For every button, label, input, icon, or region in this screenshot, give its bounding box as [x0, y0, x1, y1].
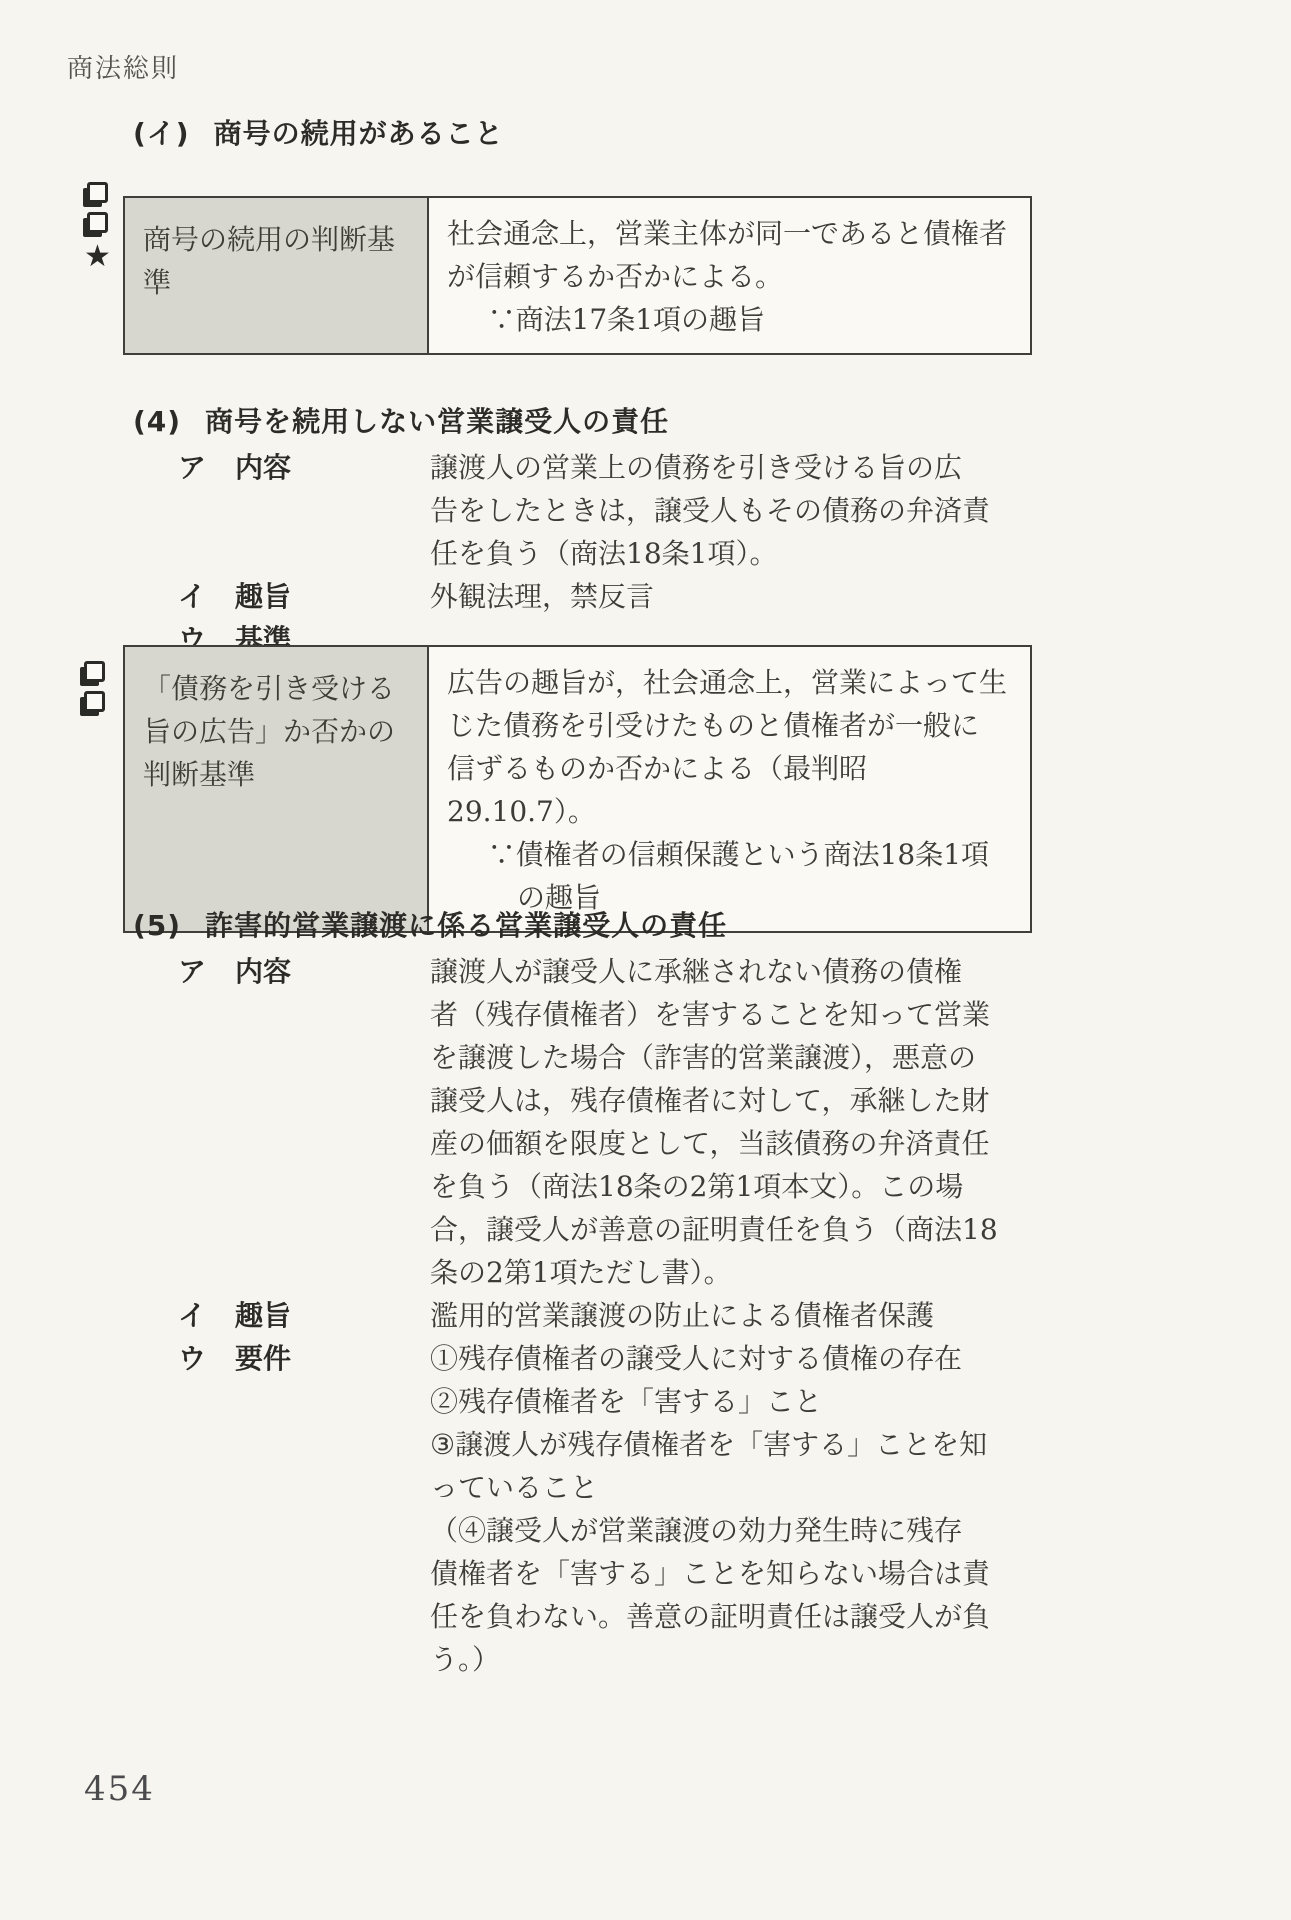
reason-text: ∵商法17条1項の趣旨 [447, 298, 1012, 341]
definition-row: ア 内容 譲渡人の営業上の債務を引き受ける旨の広 告をしたときは，譲受人もその債… [178, 446, 1042, 575]
section-4-body: ア 内容 譲渡人の営業上の債務を引き受ける旨の広 告をしたときは，譲受人もその債… [178, 446, 1042, 661]
star-icon: ★ [84, 242, 111, 272]
section-heading-4: (4)商号を続用しない営業譲受人の責任 [133, 400, 669, 443]
table-definition-cell: 広告の趣旨が，社会通念上，営業によって生 じた債務を引受けたものと債権者が一般に… [429, 647, 1030, 931]
table-term-cell: 商号の続用の判断基 準 [125, 198, 429, 353]
checkbox-icon [87, 182, 108, 203]
checkbox-icon [84, 661, 105, 682]
item-content: 濫用的営業譲渡の防止による債権者保護 [430, 1294, 1042, 1337]
definition-text: 社会通念上，営業主体が同一であると債権者 が信頼するか否かによる。 [447, 212, 1012, 298]
item-label: 要件 [235, 1337, 430, 1380]
definition-text: 広告の趣旨が，社会通念上，営業によって生 じた債務を引受けたものと債権者が一般に… [447, 661, 1012, 833]
rule-table-saimu-hikiuke: 「債務を引き受ける 旨の広告」か否かの 判断基準 広告の趣旨が，社会通念上，営業… [123, 645, 1032, 933]
definition-row: イ 趣旨 外観法理，禁反言 [178, 575, 1042, 618]
heading-title: 詐害的営業譲渡に係る営業譲受人の責任 [205, 909, 727, 942]
item-content: 譲渡人の営業上の債務を引き受ける旨の広 告をしたときは，譲受人もその債務の弁済責… [430, 446, 1042, 575]
checkbox-icon [84, 691, 105, 712]
definition-row: ウ 要件 ①残存債権者の譲受人に対する債権の存在 ②残存債権者を「害する」こと … [178, 1337, 1042, 1681]
running-header: 商法総則 [67, 48, 179, 91]
item-kana: ウ [178, 1337, 235, 1380]
heading-title: 商号の続用があること [214, 117, 504, 150]
item-kana: イ [178, 575, 235, 618]
item-kana: ア [178, 950, 235, 993]
heading-number: (イ) [133, 117, 190, 150]
subsection-heading-i: (イ)商号の続用があること [133, 112, 504, 155]
textbook-page: 商法総則 (イ)商号の続用があること ★ 商号の続用の判断基 準 社会通念上，営… [0, 0, 1291, 1920]
checkbox-icon [87, 212, 108, 233]
table-definition-cell: 社会通念上，営業主体が同一であると債権者 が信頼するか否かによる。 ∵商法17条… [429, 198, 1030, 353]
section-5-body: ア 内容 譲渡人が譲受人に承継されない債務の債権 者（残存債権者）を害することを… [178, 950, 1042, 1681]
definition-row: イ 趣旨 濫用的営業譲渡の防止による債権者保護 [178, 1294, 1042, 1337]
item-content: ①残存債権者の譲受人に対する債権の存在 ②残存債権者を「害する」こと ③譲渡人が… [430, 1337, 1042, 1681]
item-content: 外観法理，禁反言 [430, 575, 1042, 618]
table-term-cell: 「債務を引き受ける 旨の広告」か否かの 判断基準 [125, 647, 429, 931]
item-kana: イ [178, 1294, 235, 1337]
section-heading-5: (5)詐害的営業譲渡に係る営業譲受人の責任 [133, 904, 727, 947]
item-label: 内容 [235, 446, 430, 489]
definition-row: ア 内容 譲渡人が譲受人に承継されない債務の債権 者（残存債権者）を害することを… [178, 950, 1042, 1294]
margin-marks [84, 661, 105, 712]
item-label: 内容 [235, 950, 430, 993]
heading-number: (5) [133, 909, 181, 942]
margin-marks: ★ [84, 182, 111, 272]
rule-table-shogo-zokuyo: 商号の続用の判断基 準 社会通念上，営業主体が同一であると債権者 が信頼するか否… [123, 196, 1032, 355]
item-kana: ア [178, 446, 235, 489]
heading-number: (4) [133, 405, 181, 438]
item-label: 趣旨 [235, 1294, 430, 1337]
item-label: 趣旨 [235, 575, 430, 618]
page-number: 454 [84, 1768, 155, 1811]
heading-title: 商号を続用しない営業譲受人の責任 [205, 405, 669, 438]
item-content: 譲渡人が譲受人に承継されない債務の債権 者（残存債権者）を害することを知って営業… [430, 950, 1042, 1294]
